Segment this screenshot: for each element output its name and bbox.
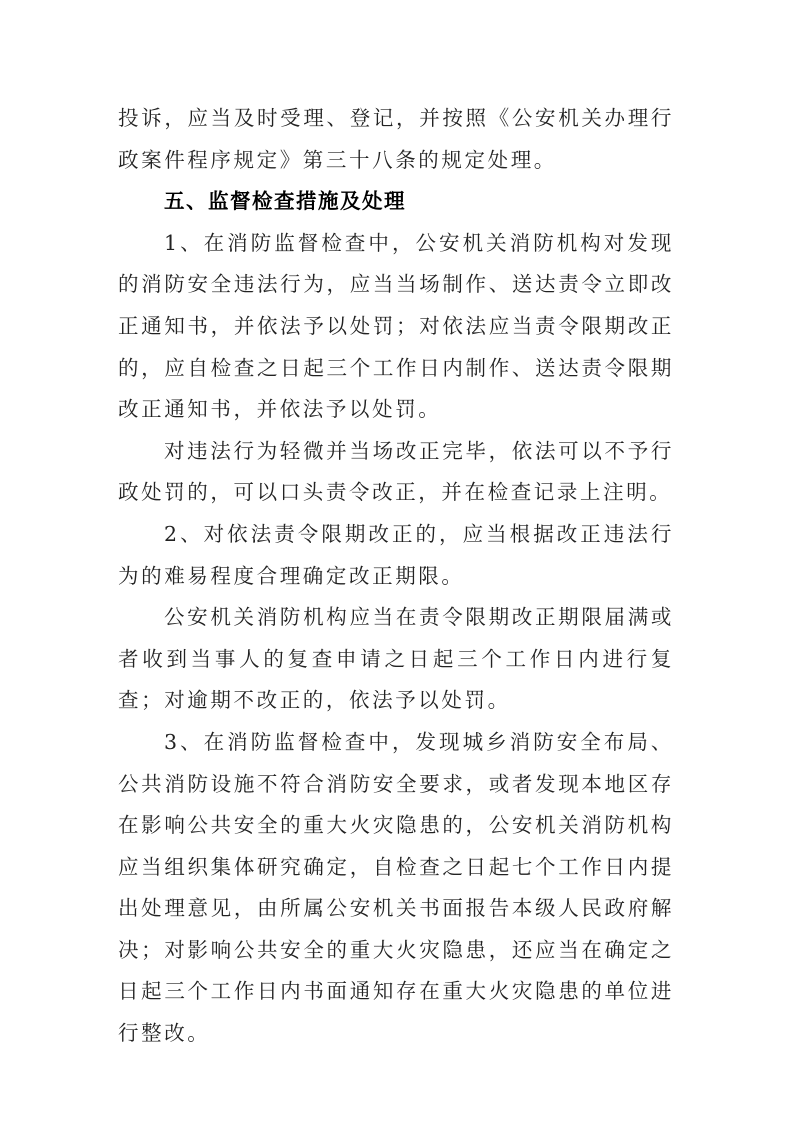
paragraph-minor-violation-verbal-order: 对违法行为轻微并当场改正完毕，依法可以不予行政处罚的，可以口头责令改正，并在检查… <box>118 431 674 514</box>
paragraph-continuation-complaint-handling: 投诉，应当及时受理、登记，并按照《公安机关办理行政案件程序规定》第三十八条的规定… <box>118 98 674 181</box>
paragraph-item-1-rectification-notice: 1、在消防监督检查中，公安机关消防机构对发现的消防安全违法行为，应当当场制作、送… <box>118 223 674 431</box>
document-page: 投诉，应当及时受理、登记，并按照《公安机关办理行政案件程序规定》第三十八条的规定… <box>0 0 793 1122</box>
document-body: 投诉，应当及时受理、登记，并按照《公安机关办理行政案件程序规定》第三十八条的规定… <box>118 98 674 1055</box>
paragraph-item-3-major-fire-hazard: 3、在消防监督检查中，发现城乡消防安全布局、公共消防设施不符合消防安全要求，或者… <box>118 722 674 1055</box>
section-heading-supervision-measures: 五、监督检查措施及处理 <box>118 181 674 223</box>
paragraph-reinspection: 公安机关消防机构应当在责令限期改正期限届满或者收到当事人的复查申请之日起三个工作… <box>118 597 674 722</box>
paragraph-item-2-correction-period: 2、对依法责令限期改正的，应当根据改正违法行为的难易程度合理确定改正期限。 <box>118 514 674 597</box>
